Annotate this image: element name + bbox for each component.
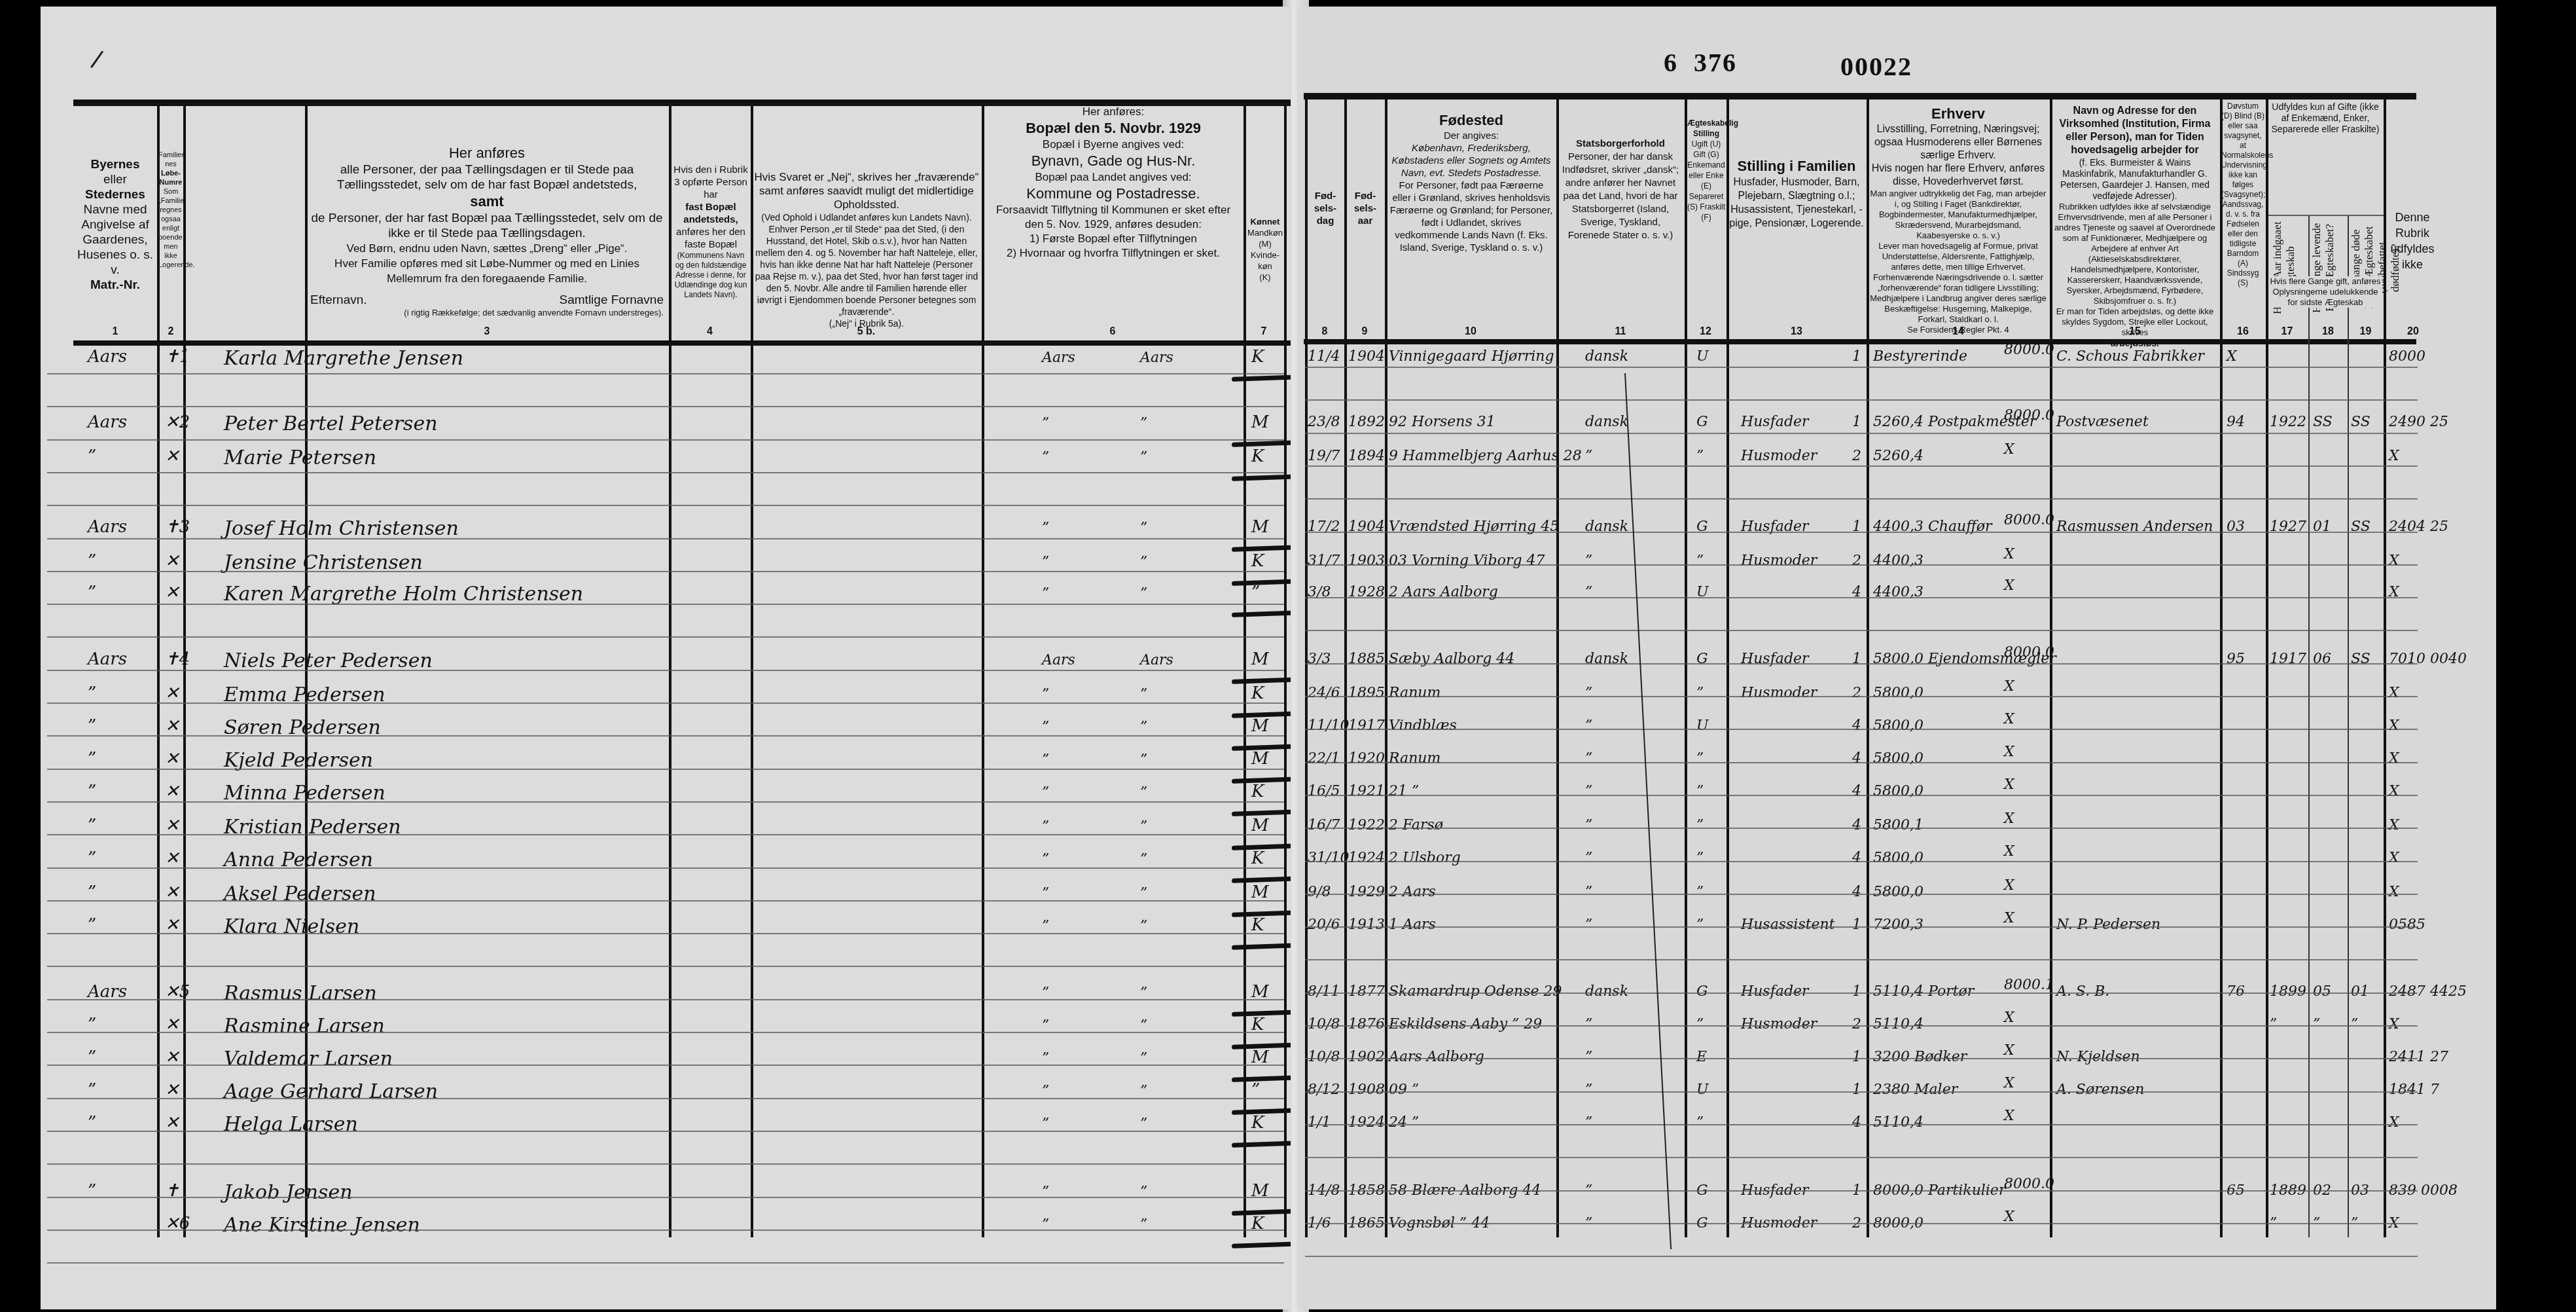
col-divider: [669, 105, 671, 1237]
birthplace-cell: 2 Farsø: [1389, 817, 1443, 833]
birth-year-cell: 1929: [1348, 884, 1385, 900]
citizenship-cell: ”: [1585, 850, 1592, 866]
birth-day-cell: 10/8: [1308, 1016, 1340, 1032]
dead-children-cell: ”: [2351, 1016, 2358, 1032]
place-cell: ”: [88, 1080, 96, 1100]
occupation-cell: 5800,0: [1873, 850, 1923, 866]
header-col1: Byernes eller Stedernes Navne med Angive…: [75, 157, 156, 293]
residence-1929-cell: ”: [1042, 554, 1049, 570]
residence-1929-cell: ”: [1042, 520, 1049, 536]
family-number-cell: ✕: [165, 716, 179, 736]
birth-day-cell: 31/10: [1308, 850, 1349, 866]
occupation-cell: 5260,4: [1873, 448, 1923, 464]
col16-cell: 76: [2227, 983, 2245, 1000]
family-number-cell: ✕: [165, 683, 179, 703]
birth-year-cell: 1876: [1348, 1016, 1385, 1032]
role-code-cell: 4: [1852, 884, 1861, 900]
header-bottom-rule: [73, 340, 1291, 346]
sex-cell: M: [1251, 816, 1269, 835]
sex-cell: K: [1251, 683, 1264, 703]
marital-status-cell: ”: [1696, 850, 1704, 866]
role-code-cell: 1: [1852, 1082, 1861, 1098]
sex-cell: M: [1251, 883, 1269, 902]
sex-cell: K: [1251, 1113, 1264, 1133]
name-cell: Aage Gerhard Larsen: [224, 1080, 438, 1103]
occupation-code-cell: X: [2004, 811, 2014, 827]
citizenship-cell: ”: [1585, 1114, 1592, 1131]
residence-1929-cell: ”: [1042, 784, 1049, 801]
family-number-cell: ✕: [165, 782, 179, 801]
residence-1929-cell: ”: [1042, 818, 1049, 835]
ruled-line: [47, 834, 1284, 835]
ruled-line: [1305, 564, 2418, 566]
marital-status-cell: ”: [1696, 917, 1704, 933]
sex-tally-mark: [1232, 1241, 1291, 1248]
employer-cell: A. S. B.: [2056, 983, 2109, 1000]
ruled-line: [47, 933, 1284, 934]
colnum-15: 15: [2050, 326, 2220, 338]
ruled-line: [47, 702, 1284, 704]
col20-cell: 2487 4425: [2389, 983, 2467, 1000]
ruled-line: [47, 1230, 1284, 1231]
sex-tally-mark: [1232, 474, 1291, 481]
birth-year-cell: 1908: [1348, 1082, 1385, 1098]
col20-cell: X: [2389, 448, 2399, 464]
marriage-year-cell: 1917: [2270, 651, 2306, 667]
residence-1929-cell-2: ”: [1140, 1050, 1147, 1066]
occupation-code-cell: X: [2004, 1010, 2014, 1026]
citizenship-cell: ”: [1585, 783, 1592, 799]
colnum-16: 16: [2220, 326, 2266, 338]
birth-day-cell: 10/8: [1308, 1049, 1340, 1065]
citizenship-cell: ”: [1585, 1049, 1592, 1065]
family-role-cell: Husfader: [1741, 414, 1809, 430]
colnum-18: 18: [2308, 326, 2348, 338]
role-code-cell: 4: [1852, 783, 1861, 799]
ruled-line: [1305, 1091, 2418, 1093]
occupation-cell: 7200,3: [1873, 917, 1923, 933]
ruled-line: [47, 900, 1284, 902]
ruled-line: [1305, 993, 2418, 994]
occupation-code-cell: X: [2004, 711, 2014, 727]
occupation-code-cell: 8000.0: [2004, 407, 2054, 424]
sex-cell: M: [1251, 517, 1269, 537]
residence-1929-cell-2: ”: [1140, 784, 1147, 801]
birth-day-cell: 9/8: [1308, 884, 1331, 900]
sex-cell: ”: [1251, 1080, 1260, 1100]
birthplace-cell: Vindblæs: [1389, 718, 1457, 734]
col-divider: [1556, 98, 1559, 1237]
marital-status-cell: ”: [1696, 1114, 1704, 1131]
col20-cell: 8000: [2389, 348, 2425, 365]
col-divider: [2266, 98, 2268, 1237]
ruled-line: [47, 538, 1284, 539]
ruled-line: [1305, 465, 2418, 467]
dead-children-cell: SS: [2351, 414, 2370, 430]
sex-cell: M: [1251, 1181, 1269, 1201]
colnum-20: 20: [2384, 326, 2442, 338]
family-number-cell: ✕: [165, 749, 179, 769]
col-divider: [982, 105, 984, 1237]
occupation-cell: 5110,4: [1873, 1016, 1923, 1032]
family-number-cell: ✕: [165, 1113, 179, 1133]
name-cell: Karen Margrethe Holm Christensen: [224, 583, 583, 606]
citizenship-cell: dansk: [1585, 651, 1628, 667]
ruled-line: [47, 801, 1284, 803]
col20-cell: 0585: [2389, 917, 2425, 933]
residence-1929-cell-2: ”: [1140, 851, 1147, 867]
residence-1929-cell: ”: [1042, 449, 1049, 465]
living-children-cell: SS: [2313, 414, 2333, 430]
colnum-11: 11: [1556, 326, 1685, 338]
marital-status-cell: G: [1696, 983, 1708, 1000]
name-cell: Aksel Pedersen: [224, 883, 376, 905]
family-number-cell: ✕: [165, 583, 179, 602]
place-cell: ”: [88, 1181, 96, 1201]
name-cell: Valdemar Larsen: [224, 1048, 393, 1070]
colnum-17: 17: [2266, 326, 2308, 338]
residence-1929-cell-2: ”: [1140, 818, 1147, 835]
role-code-cell: 2: [1852, 553, 1861, 569]
header-col13: Stilling i Familien Husfader, Husmoder, …: [1729, 157, 1864, 230]
birth-year-cell: 1894: [1348, 448, 1385, 464]
col16-cell: 95: [2227, 651, 2245, 667]
colnum-7: 7: [1243, 326, 1284, 338]
header-bottom-rule: [1304, 339, 2416, 344]
header-col15: Navn og Adresse for den Virksomhed (Inst…: [2052, 105, 2217, 349]
occupation-cell: 5800,0: [1873, 783, 1923, 799]
occupation-code-cell: X: [2004, 877, 2014, 894]
name-cell: Helga Larsen: [224, 1113, 358, 1136]
family-number-cell: ✕: [165, 848, 179, 868]
place-cell: ”: [88, 716, 96, 736]
col-divider: [1305, 98, 1308, 1237]
sex-tally-mark: [1232, 610, 1291, 617]
residence-1929-cell: ”: [1042, 885, 1049, 902]
ruled-line: [1305, 1223, 2418, 1224]
residence-1929-cell: ”: [1042, 1116, 1049, 1132]
right-page: 6 376 00022 Fød-sels-dag Fød-sels-aar Fø…: [1297, 7, 2496, 1309]
occupation-cell: 3200 Bødker: [1873, 1049, 1967, 1065]
name-cell: Rasmus Larsen: [224, 982, 377, 1005]
birth-year-cell: 1895: [1348, 685, 1385, 701]
family-role-cell: Husassistent: [1741, 917, 1835, 933]
ruled-line: [47, 373, 1284, 374]
colnum-14: 14: [1867, 326, 2050, 338]
role-code-cell: 1: [1852, 917, 1861, 933]
top-rule: [1304, 93, 2416, 100]
marriage-year-cell: 1899: [2270, 983, 2306, 1000]
residence-1929-cell-2: ”: [1140, 415, 1147, 431]
header-col3: Her anføres alle Personer, der paa Tælli…: [310, 144, 664, 318]
residence-1929-cell: ”: [1042, 1083, 1049, 1099]
birth-year-cell: 1922: [1348, 817, 1385, 833]
role-code-cell: 4: [1852, 750, 1861, 767]
marital-status-cell: G: [1696, 651, 1708, 667]
marital-status-cell: ”: [1696, 1016, 1704, 1032]
col-divider: [1344, 98, 1347, 1237]
sex-cell: K: [1251, 915, 1264, 935]
birth-year-cell: 1921: [1348, 783, 1385, 799]
birthplace-cell: Ranum: [1389, 685, 1440, 701]
ruled-line: [47, 1098, 1284, 1099]
role-code-cell: 1: [1852, 1049, 1861, 1065]
ruled-line: [47, 604, 1284, 605]
name-cell: Klara Nielsen: [224, 915, 359, 938]
occupation-code-cell: 8000.0: [2004, 644, 2054, 661]
occupation-code-cell: X: [2004, 1075, 2014, 1091]
sex-cell: ”: [1251, 583, 1260, 602]
occupation-cell: 5110,4: [1873, 1114, 1923, 1131]
ruled-line: [47, 571, 1284, 572]
residence-1929-cell: ”: [1042, 719, 1049, 735]
header-col6: Her anføres: Bopæl den 5. Novbr. 1929 Bo…: [986, 105, 1241, 261]
ruled-line: [47, 735, 1284, 737]
place-cell: ”: [88, 848, 96, 868]
occupation-cell: Bestyrerinde: [1873, 348, 1967, 365]
header-col20: Denne Rubrik udfyldes ikke: [2386, 210, 2439, 272]
marriage-year-cell: 1922: [2270, 414, 2306, 430]
birthplace-cell: 92 Horsens 31: [1389, 414, 1495, 430]
birthplace-cell: 24 ”: [1389, 1114, 1419, 1131]
ruled-line: [47, 636, 1284, 638]
employer-cell: A. Sørensen: [2056, 1082, 2144, 1098]
ruled-line: [47, 505, 1284, 506]
family-role-cell: Husfader: [1741, 651, 1809, 667]
employer-cell: N. Kjeldsen: [2056, 1049, 2140, 1065]
name-cell: Jakob Jensen: [224, 1181, 352, 1204]
family-role-cell: Husmoder: [1741, 1016, 1817, 1032]
place-cell: Aars: [88, 347, 127, 367]
birth-day-cell: 11/10: [1308, 718, 1349, 734]
family-role-cell: Husmoder: [1741, 448, 1817, 464]
marital-status-cell: U: [1696, 348, 1709, 365]
sex-cell: M: [1251, 412, 1269, 432]
residence-1929-cell-2: ”: [1140, 449, 1147, 465]
occupation-cell: 5800,0: [1873, 718, 1923, 734]
colnum-9: 9: [1344, 326, 1385, 338]
birth-day-cell: 20/6: [1308, 917, 1340, 933]
ruled-line: [1305, 762, 2418, 763]
place-cell: ”: [88, 1113, 96, 1133]
birthplace-cell: 09 ”: [1389, 1082, 1419, 1098]
family-number-cell: ✕: [165, 816, 179, 835]
ruled-line: [47, 999, 1284, 1000]
ruled-line: [47, 406, 1284, 407]
residence-1929-cell: Aars: [1042, 652, 1075, 668]
ruled-line: [1305, 959, 2418, 960]
ruled-line: [47, 966, 1284, 967]
residence-1929-cell-2: ”: [1140, 1116, 1147, 1132]
stamp-number: 00022: [1840, 51, 1912, 82]
residence-1929-cell: ”: [1042, 585, 1049, 602]
header-col8: Fød-sels-dag: [1308, 190, 1343, 227]
marital-status-cell: ”: [1696, 685, 1704, 701]
col20-cell: 7010 0040: [2389, 651, 2467, 667]
birth-day-cell: 22/1: [1308, 750, 1340, 767]
ruled-line: [47, 1262, 1284, 1264]
birthplace-cell: Skamardrup Odense 29: [1389, 983, 1562, 1000]
role-code-cell: 4: [1852, 817, 1861, 833]
sex-tally-mark: [1232, 943, 1291, 950]
residence-1929-cell: ”: [1042, 752, 1049, 768]
subheader-rule: [2268, 215, 2384, 216]
birth-day-cell: 23/8: [1308, 414, 1340, 430]
birth-day-cell: 11/4: [1308, 348, 1340, 365]
col20-cell: X: [2389, 750, 2399, 767]
ruled-line: [1305, 1058, 2418, 1059]
place-cell: ”: [88, 915, 96, 935]
family-number-cell: ✝3: [165, 517, 190, 537]
ruled-line: [47, 1131, 1284, 1132]
ruled-line: [1305, 828, 2418, 829]
sex-tally-mark: [1232, 1140, 1291, 1148]
family-number-cell: ✝1: [165, 347, 190, 367]
ruled-line: [1305, 498, 2418, 500]
header-col7: Kønnet Mandkøn (M) Kvinde- køn (K): [1246, 216, 1284, 283]
occupation-code-cell: 8000.0: [2004, 342, 2054, 358]
place-cell: ”: [88, 749, 96, 769]
birth-year-cell: 1885: [1348, 651, 1385, 667]
occupation-code-cell: X: [2004, 744, 2014, 760]
header-col10: Fødested Der angives: København, Frederi…: [1389, 111, 1554, 254]
place-cell: Aars: [88, 412, 127, 432]
col-divider: [2308, 216, 2310, 1237]
ruled-line: [47, 769, 1284, 770]
sex-tally-mark: [1232, 1075, 1291, 1082]
occupation-code-cell: X: [2004, 776, 2014, 793]
citizenship-cell: ”: [1585, 685, 1592, 701]
citizenship-cell: dansk: [1585, 414, 1628, 430]
name-cell: Josef Holm Christensen: [224, 517, 459, 540]
col-divider: [2348, 216, 2349, 1237]
birth-day-cell: 31/7: [1308, 553, 1340, 569]
role-code-cell: 1: [1852, 651, 1861, 667]
citizenship-cell: ”: [1585, 817, 1592, 833]
name-cell: Rasmine Larsen: [224, 1015, 385, 1038]
role-code-cell: 1: [1852, 348, 1861, 365]
ruled-line: [47, 867, 1284, 869]
col20-cell: X: [2389, 884, 2399, 900]
citizenship-cell: ”: [1585, 750, 1592, 767]
check-stroke: [1624, 373, 1672, 1249]
sex-cell: M: [1251, 749, 1269, 769]
sex-cell: M: [1251, 649, 1269, 669]
family-number-cell: ✕: [165, 446, 179, 466]
col20-cell: X: [2389, 817, 2399, 833]
residence-1929-cell: ”: [1042, 918, 1049, 934]
birth-year-cell: 1892: [1348, 414, 1385, 430]
birth-year-cell: 1924: [1348, 1114, 1385, 1131]
employer-cell: N. P. Pedersen: [2056, 917, 2160, 933]
col20-cell: X: [2389, 718, 2399, 734]
family-number-cell: ✕: [165, 883, 179, 902]
col20-cell: X: [2389, 783, 2399, 799]
residence-1929-cell-2: ”: [1140, 719, 1147, 735]
birth-year-cell: 1904: [1348, 348, 1385, 365]
birth-day-cell: 16/5: [1308, 783, 1340, 799]
colnum-3: 3: [305, 326, 669, 338]
occupation-code-cell: 8000.0: [2004, 512, 2054, 528]
sex-cell: K: [1251, 551, 1264, 571]
col-divider: [1726, 98, 1729, 1237]
header-col2: Familier- nes Løbe- Numre Som „Familie“ …: [158, 151, 183, 270]
family-role-cell: Husfader: [1741, 983, 1809, 1000]
birthplace-cell: 9 Hammelbjerg Aarhus 28: [1389, 448, 1582, 464]
residence-1929-cell-2: ”: [1140, 686, 1147, 702]
citizenship-cell: ”: [1585, 448, 1592, 464]
place-cell: ”: [88, 683, 96, 703]
ruled-line: [1305, 1025, 2418, 1027]
residence-1929-cell-2: ”: [1140, 885, 1147, 902]
family-number-cell: ✕2: [165, 412, 190, 432]
occupation-cell: 5110,4 Portør: [1873, 983, 1974, 1000]
residence-1929-cell: ”: [1042, 851, 1049, 867]
place-cell: Aars: [88, 649, 127, 669]
occupation-code-cell: X: [2004, 441, 2014, 458]
ruled-line: [1305, 597, 2418, 598]
ruled-line: [1305, 532, 2418, 533]
ruled-line: [1305, 1256, 2418, 1257]
birth-year-cell: 1903: [1348, 553, 1385, 569]
ruled-line: [47, 1163, 1284, 1165]
header-col16: Døvstum (D) Blind (B) eller saa svagsyne…: [2221, 101, 2264, 288]
scan-mark: /: [88, 45, 105, 75]
col20-cell: X: [2389, 1114, 2399, 1131]
birth-day-cell: 8/11: [1308, 983, 1340, 1000]
role-code-cell: 1: [1852, 414, 1861, 430]
col20-cell: X: [2389, 685, 2399, 701]
ruled-line: [1305, 1124, 2418, 1125]
residence-1929-cell-2: ”: [1140, 752, 1147, 768]
residence-1929-cell-2: ”: [1140, 554, 1147, 570]
citizenship-cell: ”: [1585, 553, 1592, 569]
ruled-line: [1305, 926, 2418, 928]
stamp-volume: 6 376: [1664, 47, 1737, 78]
ruled-line: [1305, 861, 2418, 862]
role-code-cell: 2: [1852, 1016, 1861, 1032]
header-col9: Fød-sels-aar: [1347, 190, 1384, 227]
occupation-cell: 2380 Maler: [1873, 1082, 1958, 1098]
sex-cell: K: [1251, 347, 1264, 367]
sex-tally-mark: [1232, 579, 1291, 586]
ruled-line: [1305, 630, 2418, 631]
birthplace-cell: Aars Aalborg: [1389, 1049, 1484, 1065]
marriage-year-cell: ”: [2270, 1016, 2277, 1032]
col-divider: [1685, 98, 1687, 1237]
occupation-code-cell: X: [2004, 1108, 2014, 1124]
residence-1929-cell-2: ”: [1140, 1083, 1147, 1099]
marital-status-cell: ”: [1696, 817, 1704, 833]
citizenship-cell: ”: [1585, 1082, 1592, 1098]
name-cell: Marie Petersen: [224, 446, 376, 469]
colnum-8: 8: [1305, 326, 1344, 338]
role-code-cell: 2: [1852, 685, 1861, 701]
marital-status-cell: ”: [1696, 448, 1704, 464]
residence-1929-cell: Aars: [1042, 350, 1075, 366]
citizenship-cell: ”: [1585, 884, 1592, 900]
birth-year-cell: 1924: [1348, 850, 1385, 866]
residence-1929-cell-2: ”: [1140, 918, 1147, 934]
header-col11: Statsborgerforhold Personer, der har dan…: [1559, 137, 1682, 242]
dead-children-cell: SS: [2351, 651, 2370, 667]
residence-1929-cell: ”: [1042, 686, 1049, 702]
role-code-cell: 1: [1852, 983, 1861, 1000]
role-code-cell: 4: [1852, 850, 1861, 866]
birthplace-cell: 21 ”: [1389, 783, 1419, 799]
header-col17-19-top: Udfyldes kun af Gifte (ikke af Enkemænd,…: [2268, 101, 2382, 135]
ruled-line: [1305, 894, 2418, 895]
